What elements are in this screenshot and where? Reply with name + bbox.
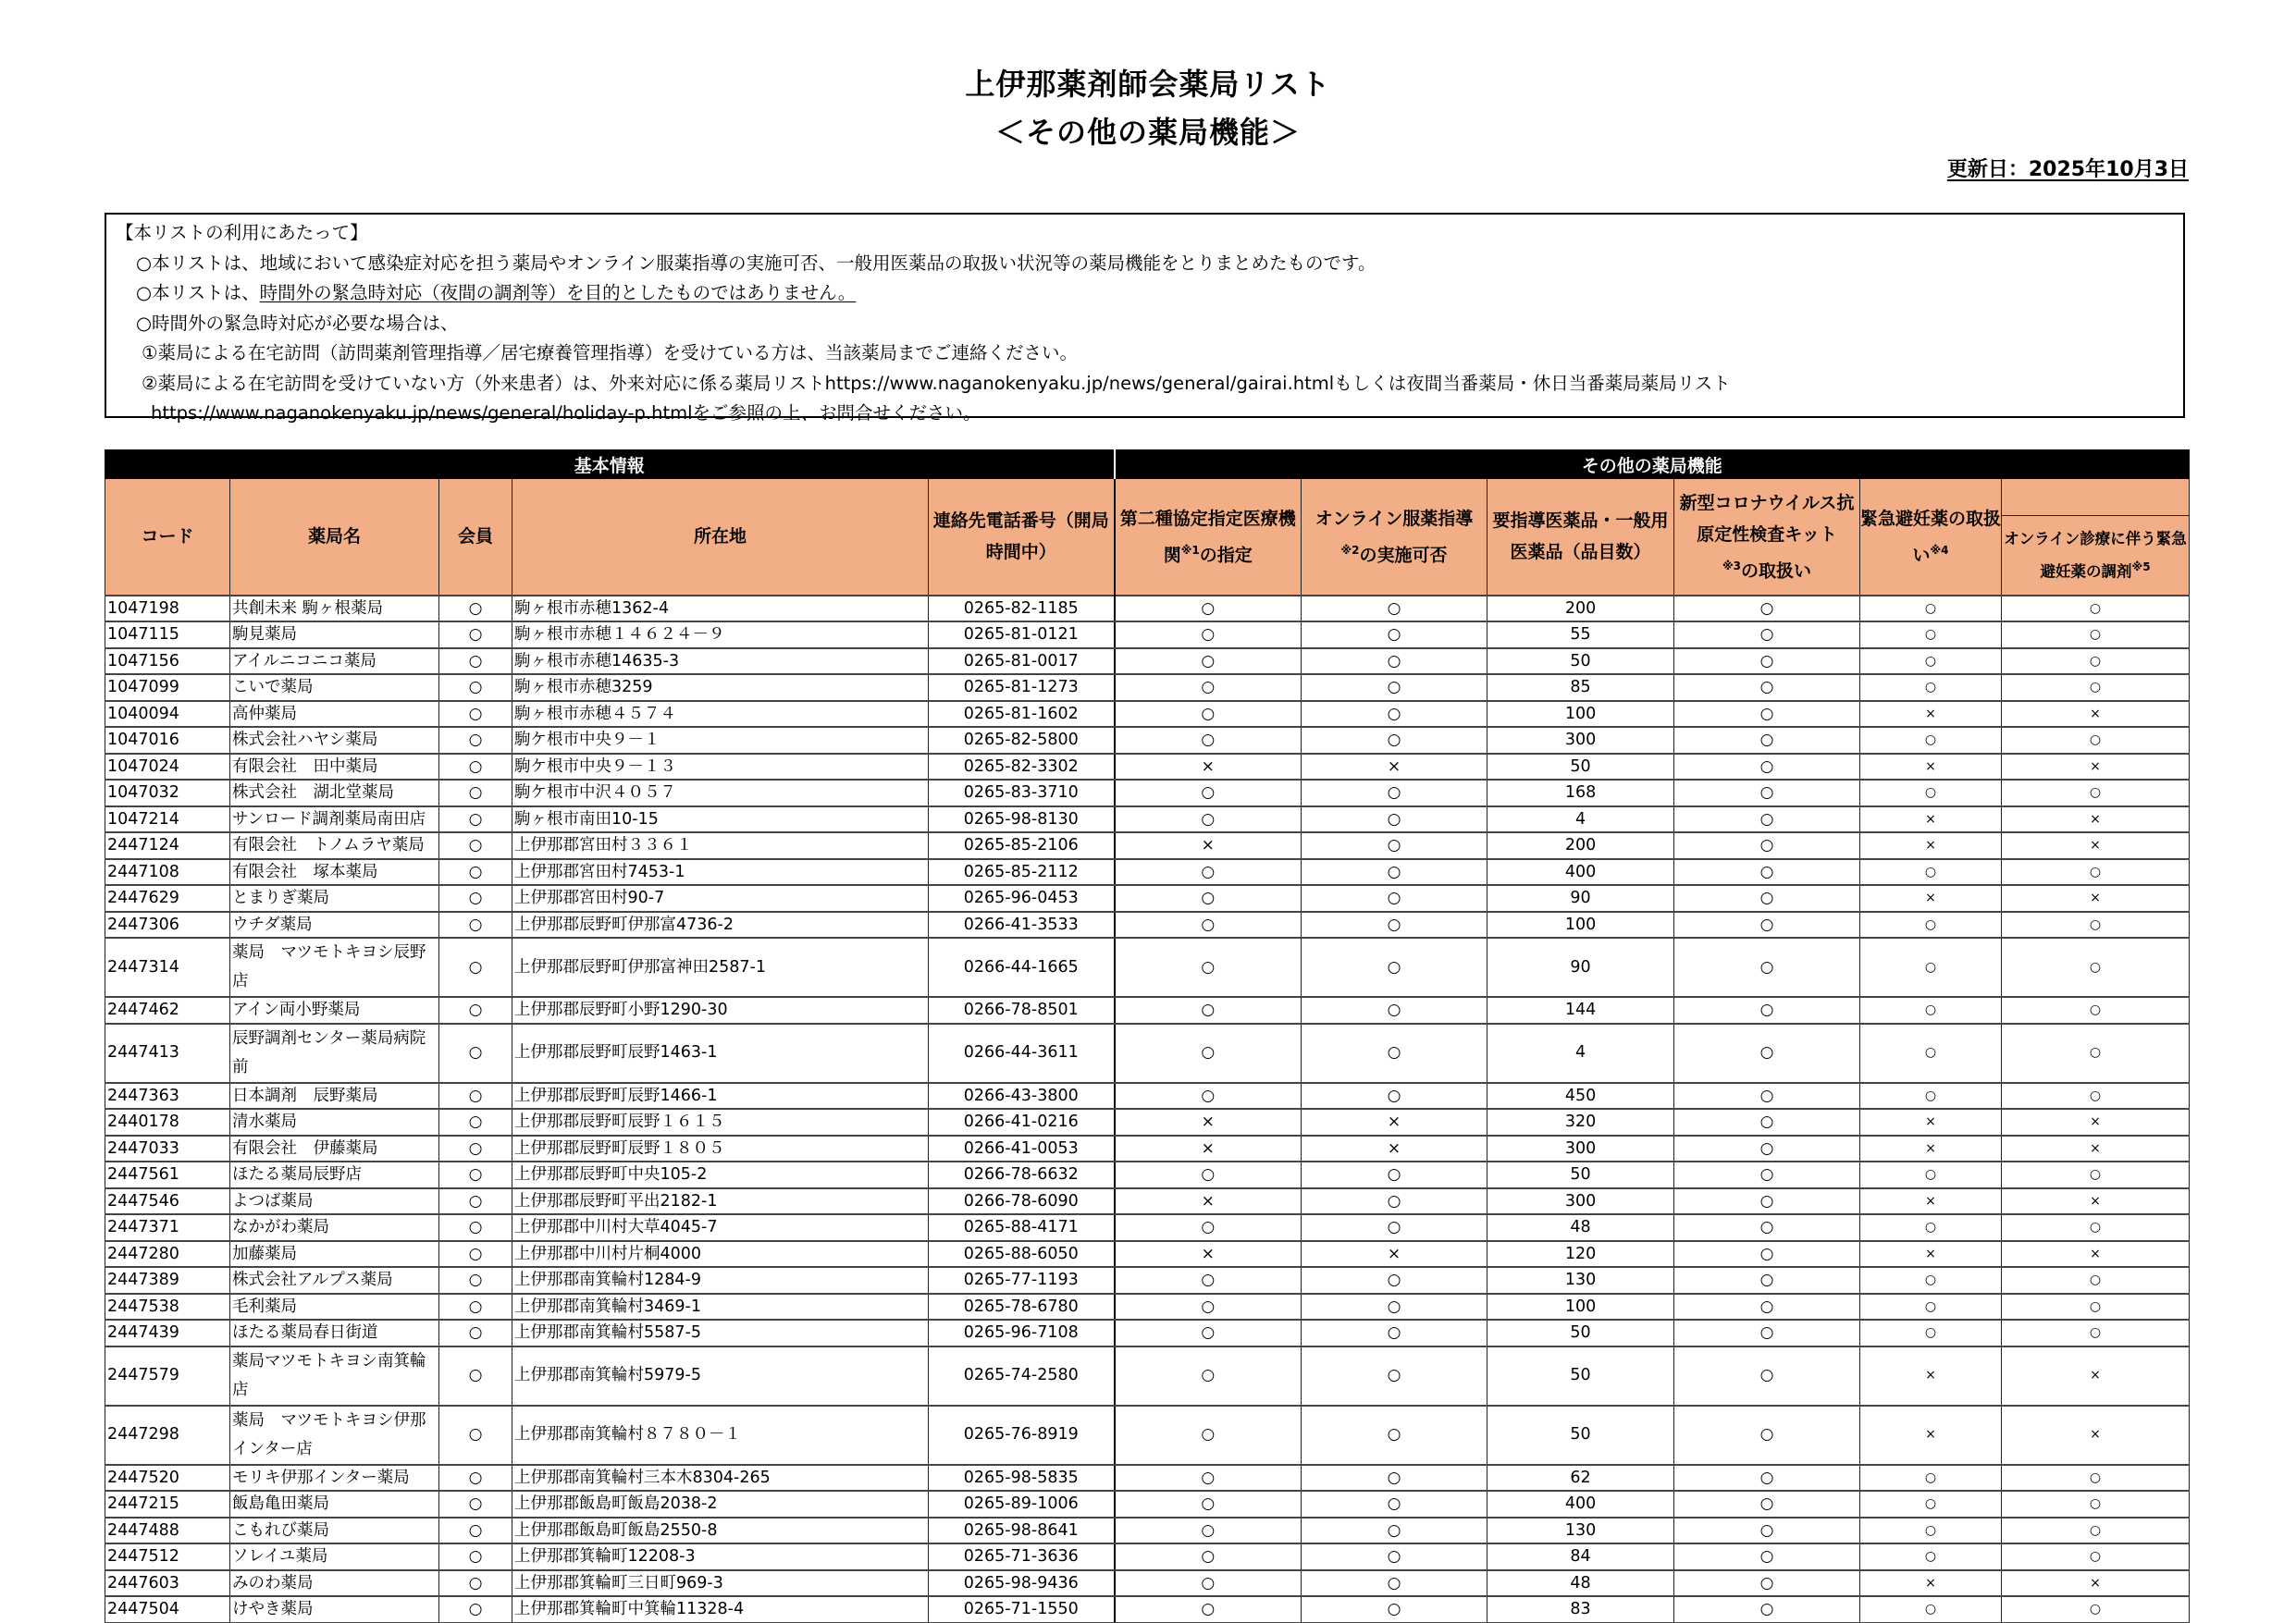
cell-online: × (1302, 754, 1487, 781)
cell-ec: ○ (1860, 1543, 2002, 1570)
cell-otc: 100 (1487, 701, 1674, 728)
cell-ec: ○ (1860, 1267, 2002, 1294)
cell-type2: × (1115, 1188, 1302, 1215)
table-row: 2447298薬局 マツモトキヨシ伊那インター店○上伊那郡南箕輪村８７８０－１0… (105, 1406, 2190, 1465)
cell-name: みのわ薬局 (230, 1570, 439, 1597)
cell-type2: ○ (1115, 1267, 1302, 1294)
cell-phone: 0266-78-6632 (929, 1162, 1115, 1188)
cell-otc: 50 (1487, 1162, 1674, 1188)
table-row: 2440178清水薬局○上伊那郡辰野町辰野１６１５0266-41-0216××3… (105, 1109, 2190, 1136)
cell-covid: ○ (1674, 727, 1860, 754)
table-row: 2447215飯島亀田薬局○上伊那郡飯島町飯島2038-20265-89-100… (105, 1491, 2190, 1518)
cell-address: 上伊那郡辰野町平出2182-1 (512, 1188, 929, 1215)
cell-name: サンロード調剤薬局南田店 (230, 806, 439, 833)
cell-address: 上伊那郡南箕輪村5587-5 (512, 1320, 929, 1346)
cell-ec: ○ (1860, 1083, 2002, 1110)
cell-covid: ○ (1674, 1406, 1860, 1465)
cell-code: 2447306 (105, 912, 230, 939)
notice-line: ①薬局による在宅訪問（訪問薬剤管理指導／居宅療養管理指導）を受けている方は、当該… (116, 338, 2174, 369)
cell-otc: 48 (1487, 1570, 1674, 1597)
cell-address: 駒ヶ根市南田10-15 (512, 806, 929, 833)
cell-online: ○ (1302, 1083, 1487, 1110)
cell-covid: ○ (1674, 997, 1860, 1024)
cell-otc: 320 (1487, 1109, 1674, 1136)
table-row: 1047115駒見薬局○駒ヶ根市赤穂１４６２４－９0265-81-0121○○5… (105, 621, 2190, 648)
cell-ec: ○ (1860, 912, 2002, 939)
table-row: 1047099こいで薬局○駒ヶ根市赤穂32590265-81-1273○○85○… (105, 674, 2190, 701)
cell-ec-online: ○ (2002, 997, 2190, 1024)
cell-type2: ○ (1115, 1320, 1302, 1346)
cell-ec: × (1860, 1109, 2002, 1136)
table-row: 2447108有限会社 塚本薬局○上伊那郡宮田村7453-10265-85-21… (105, 859, 2190, 886)
cell-ec-online: × (2002, 1136, 2190, 1162)
cell-covid: ○ (1674, 1267, 1860, 1294)
table-row: 2447280加藤薬局○上伊那郡中川村片桐40000265-88-6050××1… (105, 1241, 2190, 1268)
cell-ec: ○ (1860, 780, 2002, 806)
cell-code: 1047214 (105, 806, 230, 833)
cell-covid: ○ (1674, 885, 1860, 912)
cell-online: ○ (1302, 1491, 1487, 1518)
cell-name: よつば薬局 (230, 1188, 439, 1215)
cell-ec: × (1860, 754, 2002, 781)
cell-type2: ○ (1115, 621, 1302, 648)
cell-otc: 100 (1487, 1294, 1674, 1321)
cell-type2: ○ (1115, 648, 1302, 675)
cell-name: ほたる薬局辰野店 (230, 1162, 439, 1188)
cell-ec: ○ (1860, 648, 2002, 675)
cell-address: 上伊那郡南箕輪村5979-5 (512, 1346, 929, 1406)
cell-member: ○ (439, 1214, 512, 1241)
cell-covid: ○ (1674, 1543, 1860, 1570)
cell-name: アイン両小野薬局 (230, 997, 439, 1024)
cell-covid: ○ (1674, 1136, 1860, 1162)
cell-covid: ○ (1674, 754, 1860, 781)
cell-ec-online: ○ (2002, 1596, 2190, 1623)
cell-address: 上伊那郡中川村大草4045-7 (512, 1214, 929, 1241)
cell-address: 上伊那郡箕輪町中箕輪11328-4 (512, 1596, 929, 1623)
cell-online: × (1302, 1241, 1487, 1268)
cell-phone: 0265-78-6780 (929, 1294, 1115, 1321)
cell-name: 毛利薬局 (230, 1294, 439, 1321)
cell-covid: ○ (1674, 1162, 1860, 1188)
cell-name: 株式会社ハヤシ薬局 (230, 727, 439, 754)
cell-otc: 200 (1487, 596, 1674, 622)
cell-covid: ○ (1674, 596, 1860, 622)
cell-online: ○ (1302, 648, 1487, 675)
cell-covid: ○ (1674, 1346, 1860, 1406)
cell-ec-online: × (2002, 701, 2190, 728)
cell-phone: 0265-98-9436 (929, 1570, 1115, 1597)
cell-ec-online: ○ (2002, 938, 2190, 997)
cell-ec: ○ (1860, 1465, 2002, 1492)
cell-member: ○ (439, 1491, 512, 1518)
table-row: 2447462アイン両小野薬局○上伊那郡辰野町小野1290-300266-78-… (105, 997, 2190, 1024)
cell-ec: ○ (1860, 938, 2002, 997)
cell-address: 上伊那郡辰野町中央105-2 (512, 1162, 929, 1188)
cell-otc: 62 (1487, 1465, 1674, 1492)
cell-online: ○ (1302, 997, 1487, 1024)
cell-type2: ○ (1115, 1543, 1302, 1570)
cell-phone: 0265-88-4171 (929, 1214, 1115, 1241)
cell-covid: ○ (1674, 832, 1860, 859)
cell-name: 有限会社 トノムラヤ薬局 (230, 832, 439, 859)
cell-phone: 0266-78-6090 (929, 1188, 1115, 1215)
cell-type2: ○ (1115, 912, 1302, 939)
cell-code: 1047016 (105, 727, 230, 754)
cell-address: 上伊那郡宮田村7453-1 (512, 859, 929, 886)
cell-address: 上伊那郡辰野町辰野1463-1 (512, 1024, 929, 1083)
cell-covid: ○ (1674, 780, 1860, 806)
table-row: 2447439ほたる薬局春日街道○上伊那郡南箕輪村5587-50265-96-7… (105, 1320, 2190, 1346)
cell-name: アイルニコニコ薬局 (230, 648, 439, 675)
cell-covid: ○ (1674, 806, 1860, 833)
cell-code: 1040094 (105, 701, 230, 728)
cell-otc: 50 (1487, 1320, 1674, 1346)
table-row: 2447314薬局 マツモトキヨシ辰野店○上伊那郡辰野町伊那富神田2587-10… (105, 938, 2190, 997)
cell-online: ○ (1302, 1543, 1487, 1570)
cell-otc: 4 (1487, 806, 1674, 833)
cell-code: 2447629 (105, 885, 230, 912)
cell-code: 2447280 (105, 1241, 230, 1268)
cell-code: 1047099 (105, 674, 230, 701)
col-header-ec-group-top (2002, 479, 2190, 516)
col-header-covid: 新型コロナウイルス抗原定性検査キット※3の取扱い (1674, 479, 1860, 596)
cell-ec: ○ (1860, 674, 2002, 701)
cell-type2: ○ (1115, 1214, 1302, 1241)
cell-otc: 400 (1487, 859, 1674, 886)
col-header-otc: 要指導医薬品・一般用医薬品（品目数） (1487, 479, 1674, 596)
cell-address: 上伊那郡辰野町小野1290-30 (512, 997, 929, 1024)
cell-covid: ○ (1674, 701, 1860, 728)
cell-type2: ○ (1115, 596, 1302, 622)
cell-online: ○ (1302, 1346, 1487, 1406)
cell-phone: 0265-81-1273 (929, 674, 1115, 701)
cell-otc: 450 (1487, 1083, 1674, 1110)
cell-address: 上伊那郡南箕輪村三本木8304-265 (512, 1465, 929, 1492)
cell-address: 上伊那郡辰野町伊那富神田2587-1 (512, 938, 929, 997)
cell-ec-online: ○ (2002, 1518, 2190, 1544)
cell-phone: 0266-41-3533 (929, 912, 1115, 939)
cell-member: ○ (439, 780, 512, 806)
cell-phone: 0265-85-2106 (929, 832, 1115, 859)
cell-online: ○ (1302, 1570, 1487, 1597)
cell-online: ○ (1302, 727, 1487, 754)
table-row: 2447579薬局マツモトキヨシ南箕輪店○上伊那郡南箕輪村5979-50265-… (105, 1346, 2190, 1406)
cell-address: 上伊那郡飯島町飯島2550-8 (512, 1518, 929, 1544)
cell-type2: ○ (1115, 1083, 1302, 1110)
cell-ec: × (1860, 1406, 2002, 1465)
cell-name: ほたる薬局春日街道 (230, 1320, 439, 1346)
cell-type2: ○ (1115, 1518, 1302, 1544)
col-header-ec-online: オンライン診療に伴う緊急避妊薬の調剤※5 (2002, 516, 2190, 596)
cell-phone: 0265-82-5800 (929, 727, 1115, 754)
cell-online: × (1302, 1109, 1487, 1136)
cell-ec-online: ○ (2002, 596, 2190, 622)
cell-member: ○ (439, 1346, 512, 1406)
cell-otc: 84 (1487, 1543, 1674, 1570)
cell-member: ○ (439, 1188, 512, 1215)
cell-phone: 0265-82-1185 (929, 596, 1115, 622)
cell-name: 共創未来 駒ヶ根薬局 (230, 596, 439, 622)
cell-ec: ○ (1860, 1518, 2002, 1544)
cell-covid: ○ (1674, 1491, 1860, 1518)
cell-address: 上伊那郡箕輪町三日町969-3 (512, 1570, 929, 1597)
cell-address: 上伊那郡宮田村３３６１ (512, 832, 929, 859)
cell-address: 上伊那郡飯島町飯島2038-2 (512, 1491, 929, 1518)
cell-ec: × (1860, 885, 2002, 912)
cell-online: ○ (1302, 596, 1487, 622)
updated-date: 更新日：2025年10月3日 (1947, 154, 2189, 182)
col-header-member: 会員 (439, 479, 512, 596)
cell-otc: 50 (1487, 1406, 1674, 1465)
cell-name: ソレイユ薬局 (230, 1543, 439, 1570)
cell-code: 2447538 (105, 1294, 230, 1321)
cell-type2: ○ (1115, 938, 1302, 997)
notice-warning: 時間外の緊急時対応（夜間の調剤等）を目的としたものではありません。 (260, 282, 857, 303)
cell-ec-online: ○ (2002, 780, 2190, 806)
cell-phone: 0265-88-6050 (929, 1241, 1115, 1268)
cell-otc: 400 (1487, 1491, 1674, 1518)
table-row: 2447033有限会社 伊藤薬局○上伊那郡辰野町辰野１８０５0266-41-00… (105, 1136, 2190, 1162)
cell-member: ○ (439, 1024, 512, 1083)
cell-ec-online: × (2002, 1406, 2190, 1465)
cell-address: 駒ヶ根市赤穂14635-3 (512, 648, 929, 675)
cell-member: ○ (439, 912, 512, 939)
cell-member: ○ (439, 674, 512, 701)
cell-ec: ○ (1860, 859, 2002, 886)
col-header-code: コード (105, 479, 230, 596)
cell-code: 2447603 (105, 1570, 230, 1597)
cell-ec-online: × (2002, 1188, 2190, 1215)
cell-online: ○ (1302, 1320, 1487, 1346)
cell-phone: 0265-89-1006 (929, 1491, 1115, 1518)
cell-address: 駒ケ根市中央９－１３ (512, 754, 929, 781)
cell-type2: × (1115, 832, 1302, 859)
cell-code: 2447314 (105, 938, 230, 997)
cell-type2: ○ (1115, 1570, 1302, 1597)
cell-phone: 0265-96-7108 (929, 1320, 1115, 1346)
col-header-address: 所在地 (512, 479, 929, 596)
table-row: 2447124有限会社 トノムラヤ薬局○上伊那郡宮田村３３６１0265-85-2… (105, 832, 2190, 859)
cell-otc: 83 (1487, 1596, 1674, 1623)
cell-ec-online: ○ (2002, 1294, 2190, 1321)
cell-name: 飯島亀田薬局 (230, 1491, 439, 1518)
pharmacy-table: 基本情報 その他の薬局機能 コード 薬局名 会員 所在地 連絡先電話番号（開局時… (105, 449, 2190, 1623)
cell-type2: ○ (1115, 1491, 1302, 1518)
notice-line: https://www.naganokenyaku.jp/news/genera… (116, 399, 2174, 429)
cell-ec: × (1860, 1241, 2002, 1268)
cell-address: 駒ケ根市中央９－１ (512, 727, 929, 754)
col-header-ec: 緊急避妊薬の取扱い※4 (1860, 479, 2002, 596)
pharmacy-table-body: 1047198共創未来 駒ヶ根薬局○駒ヶ根市赤穂1362-40265-82-11… (105, 596, 2190, 1623)
cell-address: 上伊那郡宮田村90-7 (512, 885, 929, 912)
cell-member: ○ (439, 938, 512, 997)
cell-name: 有限会社 田中薬局 (230, 754, 439, 781)
cell-online: ○ (1302, 885, 1487, 912)
cell-address: 上伊那郡辰野町辰野１８０５ (512, 1136, 929, 1162)
cell-code: 2447124 (105, 832, 230, 859)
cell-covid: ○ (1674, 1518, 1860, 1544)
table-row: 2447629とまりぎ薬局○上伊那郡宮田村90-70265-96-0453○○9… (105, 885, 2190, 912)
cell-address: 上伊那郡中川村片桐4000 (512, 1241, 929, 1268)
cell-member: ○ (439, 1083, 512, 1110)
cell-type2: ○ (1115, 674, 1302, 701)
cell-ec-online: ○ (2002, 1320, 2190, 1346)
cell-ec: × (1860, 1136, 2002, 1162)
cell-online: ○ (1302, 780, 1487, 806)
cell-code: 2447504 (105, 1596, 230, 1623)
cell-name: 清水薬局 (230, 1109, 439, 1136)
cell-name: 薬局 マツモトキヨシ伊那インター店 (230, 1406, 439, 1465)
col-header-online: オンライン服薬指導※2の実施可否 (1302, 479, 1487, 596)
cell-ec-online: × (2002, 1109, 2190, 1136)
cell-phone: 0266-41-0053 (929, 1136, 1115, 1162)
table-row: 2447512ソレイユ薬局○上伊那郡箕輪町12208-30265-71-3636… (105, 1543, 2190, 1570)
col-header-name: 薬局名 (230, 479, 439, 596)
cell-phone: 0265-83-3710 (929, 780, 1115, 806)
table-row: 1047198共創未来 駒ヶ根薬局○駒ヶ根市赤穂1362-40265-82-11… (105, 596, 2190, 622)
cell-covid: ○ (1674, 1294, 1860, 1321)
cell-otc: 300 (1487, 1136, 1674, 1162)
table-row: 2447488こもれび薬局○上伊那郡飯島町飯島2550-80265-98-864… (105, 1518, 2190, 1544)
cell-covid: ○ (1674, 674, 1860, 701)
cell-name: ウチダ薬局 (230, 912, 439, 939)
cell-type2: ○ (1115, 1465, 1302, 1492)
cell-covid: ○ (1674, 938, 1860, 997)
cell-otc: 90 (1487, 938, 1674, 997)
cell-phone: 0265-98-8130 (929, 806, 1115, 833)
cell-code: 2447439 (105, 1320, 230, 1346)
cell-ec-online: ○ (2002, 621, 2190, 648)
cell-ec-online: ○ (2002, 1543, 2190, 1570)
cell-member: ○ (439, 596, 512, 622)
cell-ec: ○ (1860, 621, 2002, 648)
cell-phone: 0265-81-0121 (929, 621, 1115, 648)
cell-phone: 0265-77-1193 (929, 1267, 1115, 1294)
cell-phone: 0265-81-1602 (929, 701, 1115, 728)
cell-covid: ○ (1674, 1241, 1860, 1268)
table-row: 1047016株式会社ハヤシ薬局○駒ケ根市中央９－１0265-82-5800○○… (105, 727, 2190, 754)
cell-address: 上伊那郡辰野町辰野1466-1 (512, 1083, 929, 1110)
table-row: 2447306ウチダ薬局○上伊那郡辰野町伊那富4736-20266-41-353… (105, 912, 2190, 939)
cell-type2: ○ (1115, 701, 1302, 728)
cell-ec-online: × (2002, 1346, 2190, 1406)
cell-otc: 300 (1487, 1188, 1674, 1215)
cell-otc: 144 (1487, 997, 1674, 1024)
cell-code: 1047115 (105, 621, 230, 648)
cell-member: ○ (439, 832, 512, 859)
cell-code: 2447215 (105, 1491, 230, 1518)
col-header-phone: 連絡先電話番号（開局時間中） (929, 479, 1115, 596)
cell-ec-online: × (2002, 832, 2190, 859)
cell-ec: × (1860, 832, 2002, 859)
cell-otc: 50 (1487, 648, 1674, 675)
cell-code: 2447389 (105, 1267, 230, 1294)
cell-otc: 168 (1487, 780, 1674, 806)
cell-ec: × (1860, 806, 2002, 833)
cell-type2: × (1115, 1241, 1302, 1268)
cell-ec-online: × (2002, 885, 2190, 912)
cell-address: 駒ケ根市中沢４０５７ (512, 780, 929, 806)
table-row: 1047024有限会社 田中薬局○駒ケ根市中央９－１３0265-82-3302×… (105, 754, 2190, 781)
cell-online: ○ (1302, 1214, 1487, 1241)
cell-covid: ○ (1674, 621, 1860, 648)
cell-type2: ○ (1115, 806, 1302, 833)
cell-name: なかがわ薬局 (230, 1214, 439, 1241)
cell-member: ○ (439, 1136, 512, 1162)
cell-name: 駒見薬局 (230, 621, 439, 648)
cell-covid: ○ (1674, 648, 1860, 675)
cell-type2: × (1115, 754, 1302, 781)
notice-line: ②薬局による在宅訪問を受けていない方（外来患者）は、外来対応に係る薬局リストht… (116, 369, 2174, 400)
cell-ec-online: × (2002, 754, 2190, 781)
cell-online: ○ (1302, 832, 1487, 859)
table-row: 2447603みのわ薬局○上伊那郡箕輪町三日町969-30265-98-9436… (105, 1570, 2190, 1597)
cell-ec: ○ (1860, 1024, 2002, 1083)
cell-member: ○ (439, 885, 512, 912)
cell-code: 2447298 (105, 1406, 230, 1465)
cell-covid: ○ (1674, 1109, 1860, 1136)
cell-address: 駒ヶ根市赤穂3259 (512, 674, 929, 701)
cell-ec-online: ○ (2002, 648, 2190, 675)
cell-ec: × (1860, 1346, 2002, 1406)
cell-code: 1047156 (105, 648, 230, 675)
cell-name: 有限会社 伊藤薬局 (230, 1136, 439, 1162)
cell-type2: ○ (1115, 885, 1302, 912)
cell-online: ○ (1302, 806, 1487, 833)
table-row: 1047156アイルニコニコ薬局○駒ヶ根市赤穂14635-30265-81-00… (105, 648, 2190, 675)
cell-online: × (1302, 1136, 1487, 1162)
cell-member: ○ (439, 997, 512, 1024)
cell-online: ○ (1302, 1188, 1487, 1215)
table-row: 2447413辰野調剤センター薬局病院前○上伊那郡辰野町辰野1463-10266… (105, 1024, 2190, 1083)
cell-name: 株式会社 湖北堂薬局 (230, 780, 439, 806)
cell-code: 2447363 (105, 1083, 230, 1110)
cell-member: ○ (439, 727, 512, 754)
cell-type2: ○ (1115, 1596, 1302, 1623)
cell-name: 薬局マツモトキヨシ南箕輪店 (230, 1346, 439, 1406)
cell-member: ○ (439, 621, 512, 648)
cell-online: ○ (1302, 1162, 1487, 1188)
cell-name: モリキ伊那インター薬局 (230, 1465, 439, 1492)
cell-ec: ○ (1860, 997, 2002, 1024)
cell-covid: ○ (1674, 859, 1860, 886)
cell-ec-online: ○ (2002, 912, 2190, 939)
notice-line: ○本リストは、時間外の緊急時対応（夜間の調剤等）を目的としたものではありません。 (116, 278, 2174, 309)
notice-line: ○本リストは、地域において感染症対応を担う薬局やオンライン服薬指導の実施可否、一… (116, 249, 2174, 279)
cell-otc: 120 (1487, 1241, 1674, 1268)
cell-address: 上伊那郡南箕輪村3469-1 (512, 1294, 929, 1321)
cell-phone: 0265-85-2112 (929, 859, 1115, 886)
cell-otc: 4 (1487, 1024, 1674, 1083)
cell-ec-online: ○ (2002, 1491, 2190, 1518)
cell-type2: ○ (1115, 1162, 1302, 1188)
cell-address: 上伊那郡南箕輪村８７８０－１ (512, 1406, 929, 1465)
cell-otc: 90 (1487, 885, 1674, 912)
cell-online: ○ (1302, 1294, 1487, 1321)
cell-phone: 0265-74-2580 (929, 1346, 1115, 1406)
cell-type2: × (1115, 1136, 1302, 1162)
cell-code: 2447579 (105, 1346, 230, 1406)
cell-name: 株式会社アルプス薬局 (230, 1267, 439, 1294)
cell-covid: ○ (1674, 1188, 1860, 1215)
cell-ec-online: ○ (2002, 1083, 2190, 1110)
cell-online: ○ (1302, 621, 1487, 648)
cell-address: 駒ヶ根市赤穂1362-4 (512, 596, 929, 622)
cell-ec: ○ (1860, 1491, 2002, 1518)
page-subtitle: ＜その他の薬局機能＞ (0, 109, 2296, 152)
cell-phone: 0265-96-0453 (929, 885, 1115, 912)
